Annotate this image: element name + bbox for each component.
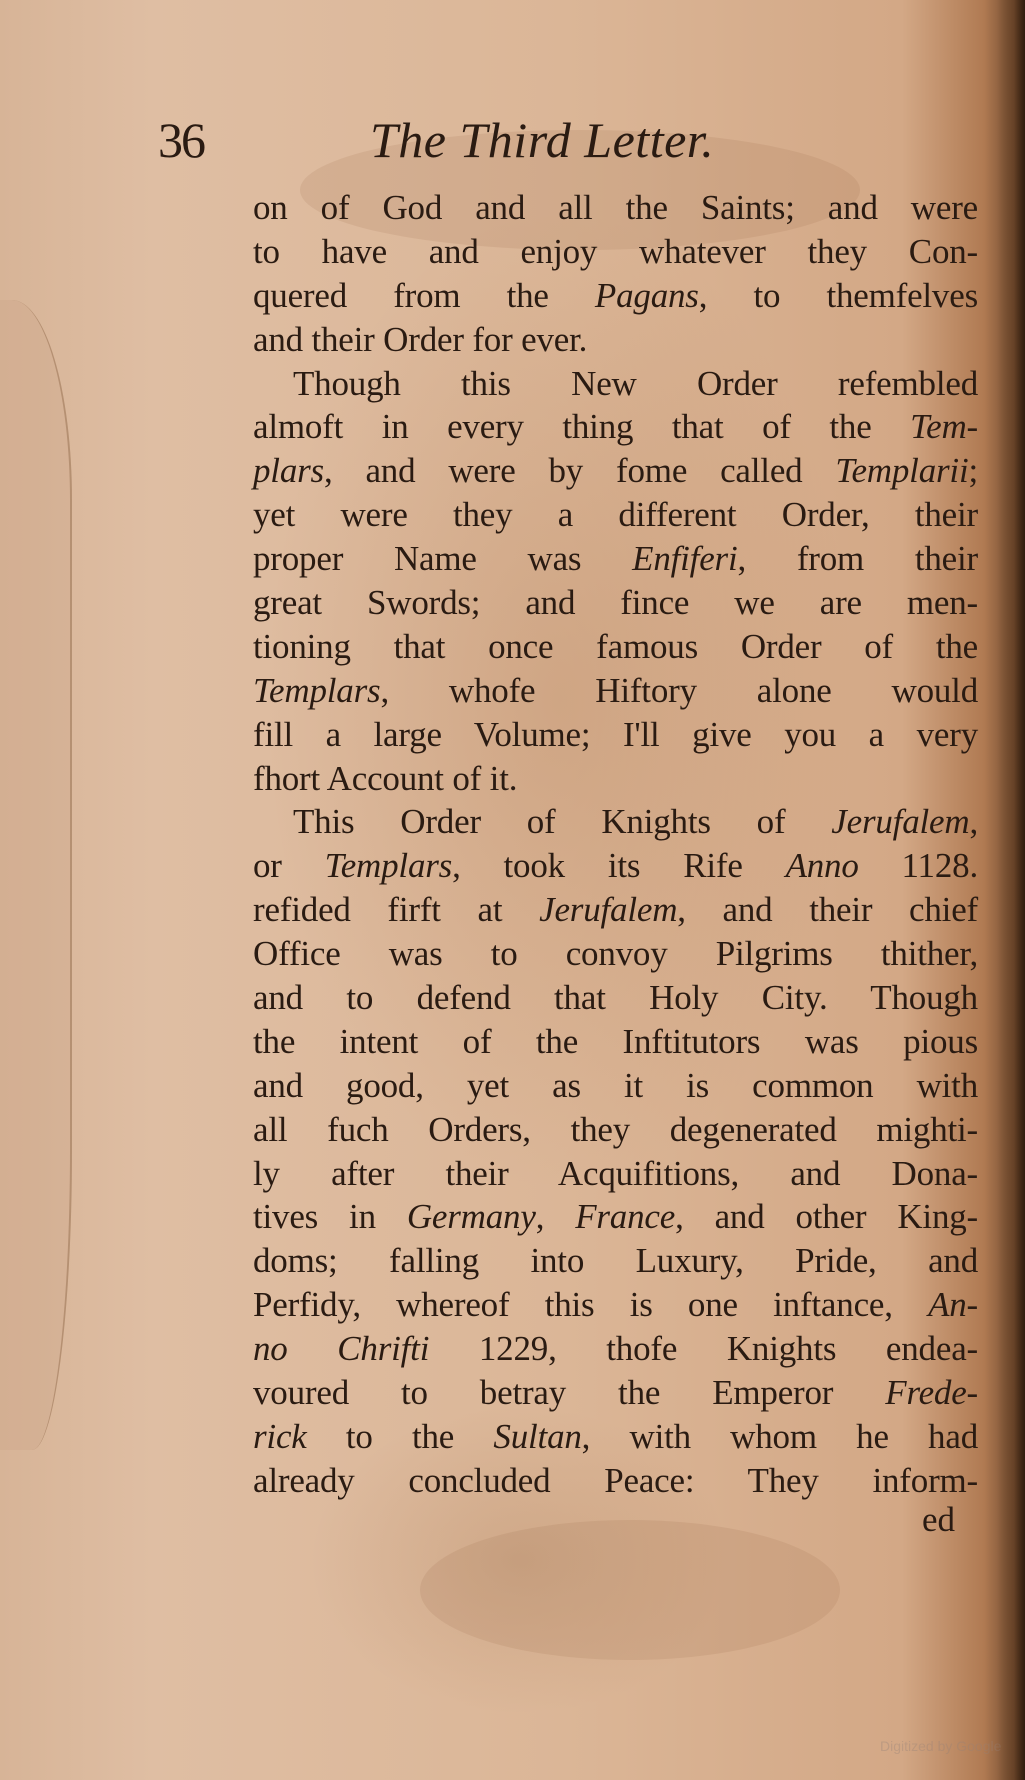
italic-term: Enfiferi [632,539,737,578]
text-line: great Swords; and fince we are men- [253,581,978,625]
text-line: already concluded Peace: They inform- [253,1459,978,1503]
text-line: on of God and all the Saints; and were [253,186,978,230]
digitization-watermark: Digitized by Google [880,1738,1001,1754]
text-line: to have and enjoy whatever they Con- [253,230,978,274]
text-line: fill a large Volume; I'll give you a ver… [253,713,978,757]
italic-term: An- [928,1285,978,1324]
italic-term: Anno [786,846,859,885]
italic-term: plars [253,451,324,490]
text-line: quered from the Pagans, to themfelves [253,274,978,318]
text-line: proper Name was Enfiferi, from their [253,537,978,581]
text-line: the intent of the Inftitutors was pious [253,1020,978,1064]
italic-term: Templars [325,846,452,885]
text-line: rick to the Sultan, with whom he had [253,1415,978,1459]
italic-term: Sultan [493,1417,581,1456]
page-header: 36 The Third Letter. [158,110,978,180]
running-head-title: The Third Letter. [370,110,714,170]
torn-page-edge [0,300,72,1450]
italic-term: Germany [407,1197,536,1236]
text-line: fhort Account of it. [253,757,978,801]
italic-term: rick [253,1417,307,1456]
text-line: ly after their Acquifitions, and Dona- [253,1152,978,1196]
book-page: 36 The Third Letter. on of God and all t… [0,0,1025,1780]
text-line: tioning that once famous Order of the [253,625,978,669]
gutter-shadow [997,0,1025,1780]
text-line: all fuch Orders, they degenerated mighti… [253,1108,978,1152]
text-line: doms; falling into Luxury, Pride, and [253,1239,978,1283]
italic-term: Frede- [885,1373,978,1412]
page-number: 36 [158,110,204,170]
text-line: Office was to convoy Pilgrims thither, [253,932,978,976]
paper-stain [420,1520,840,1660]
body-text: on of God and all the Saints; and wereto… [253,186,978,1503]
italic-term: France [575,1197,675,1236]
italic-term: Pagans [595,276,699,315]
text-line: refided firft at Jerufalem, and their ch… [253,888,978,932]
text-line: Templars, whofe Hiftory alone would [253,669,978,713]
text-line: and good, yet as it is common with [253,1064,978,1108]
italic-term: Templarii [835,451,968,490]
italic-term: Tem- [910,407,978,446]
text-line: This Order of Knights of Jerufalem, [253,800,978,844]
italic-term: Jerufalem [539,890,677,929]
text-line: and their Order for ever. [253,318,978,362]
text-line: or Templars, took its Rife Anno 1128. [253,844,978,888]
text-line: almoft in every thing that of the Tem- [253,405,978,449]
text-line: tives in Germany, France, and other King… [253,1195,978,1239]
italic-term: no Chrifti [253,1329,429,1368]
text-line: Perfidy, whereof this is one inftance, A… [253,1283,978,1327]
text-line: yet were they a different Order, their [253,493,978,537]
text-line: plars, and were by fome called Templarii… [253,449,978,493]
text-line: and to defend that Holy City. Though [253,976,978,1020]
italic-term: Jerufalem [831,802,969,841]
text-line: no Chrifti 1229, thofe Knights endea- [253,1327,978,1371]
text-line: voured to betray the Emperor Frede- [253,1371,978,1415]
italic-term: Templars [253,671,380,710]
text-line: Though this New Order refembled [253,362,978,406]
catchword: ed [922,1498,955,1542]
